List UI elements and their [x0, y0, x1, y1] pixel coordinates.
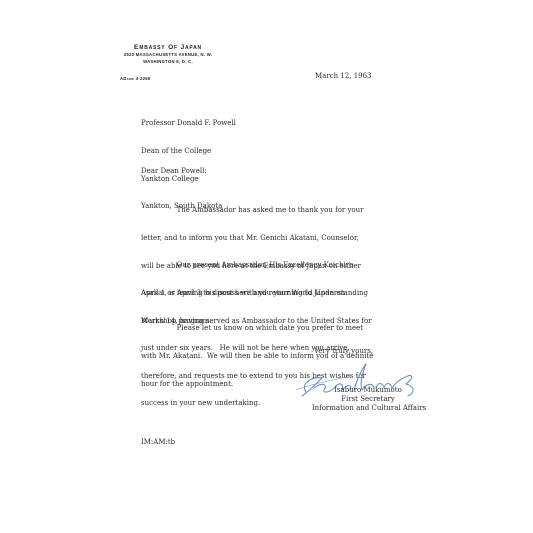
recipient-line: Professor Donald F. Powell [141, 119, 236, 128]
body-line: letter, and to inform you that Mr. Genic… [141, 234, 368, 243]
embassy-address-line2: WASHINGTON 8, D. C. [98, 59, 238, 65]
letterhead: Embassy Of Japan 2520 MASSACHUSETTS AVEN… [98, 44, 238, 65]
body-line: The Ambassador has asked me to thank you… [141, 206, 368, 215]
reference-initials: IM:AM:tb [141, 438, 175, 447]
body-line: Asakai, is leaving his post here and ret… [141, 289, 372, 298]
letter-page: Embassy Of Japan 2520 MASSACHUSETTS AVEN… [0, 0, 533, 533]
body-line: Our present Ambassador, His Excellency K… [141, 261, 372, 270]
signer-name: Isaburo Mukumoto [313, 386, 423, 395]
letter-date: March 12, 1963 [315, 72, 372, 81]
embassy-name: Embassy Of Japan [98, 44, 238, 51]
salutation: Dear Dean Powell: [141, 167, 207, 176]
embassy-address-line1: 2520 MASSACHUSETTS AVENUE, N. W. [98, 52, 238, 58]
closing: Very truly yours, [314, 347, 373, 356]
recipient-line: Dean of the College [141, 147, 236, 156]
embassy-phone: ADams 4-2266 [120, 76, 151, 81]
signer-title: First Secretary [313, 395, 423, 404]
body-line: Please let us know on which date you pre… [141, 324, 373, 333]
signer-department: Information and Cultural Affairs [300, 404, 438, 413]
